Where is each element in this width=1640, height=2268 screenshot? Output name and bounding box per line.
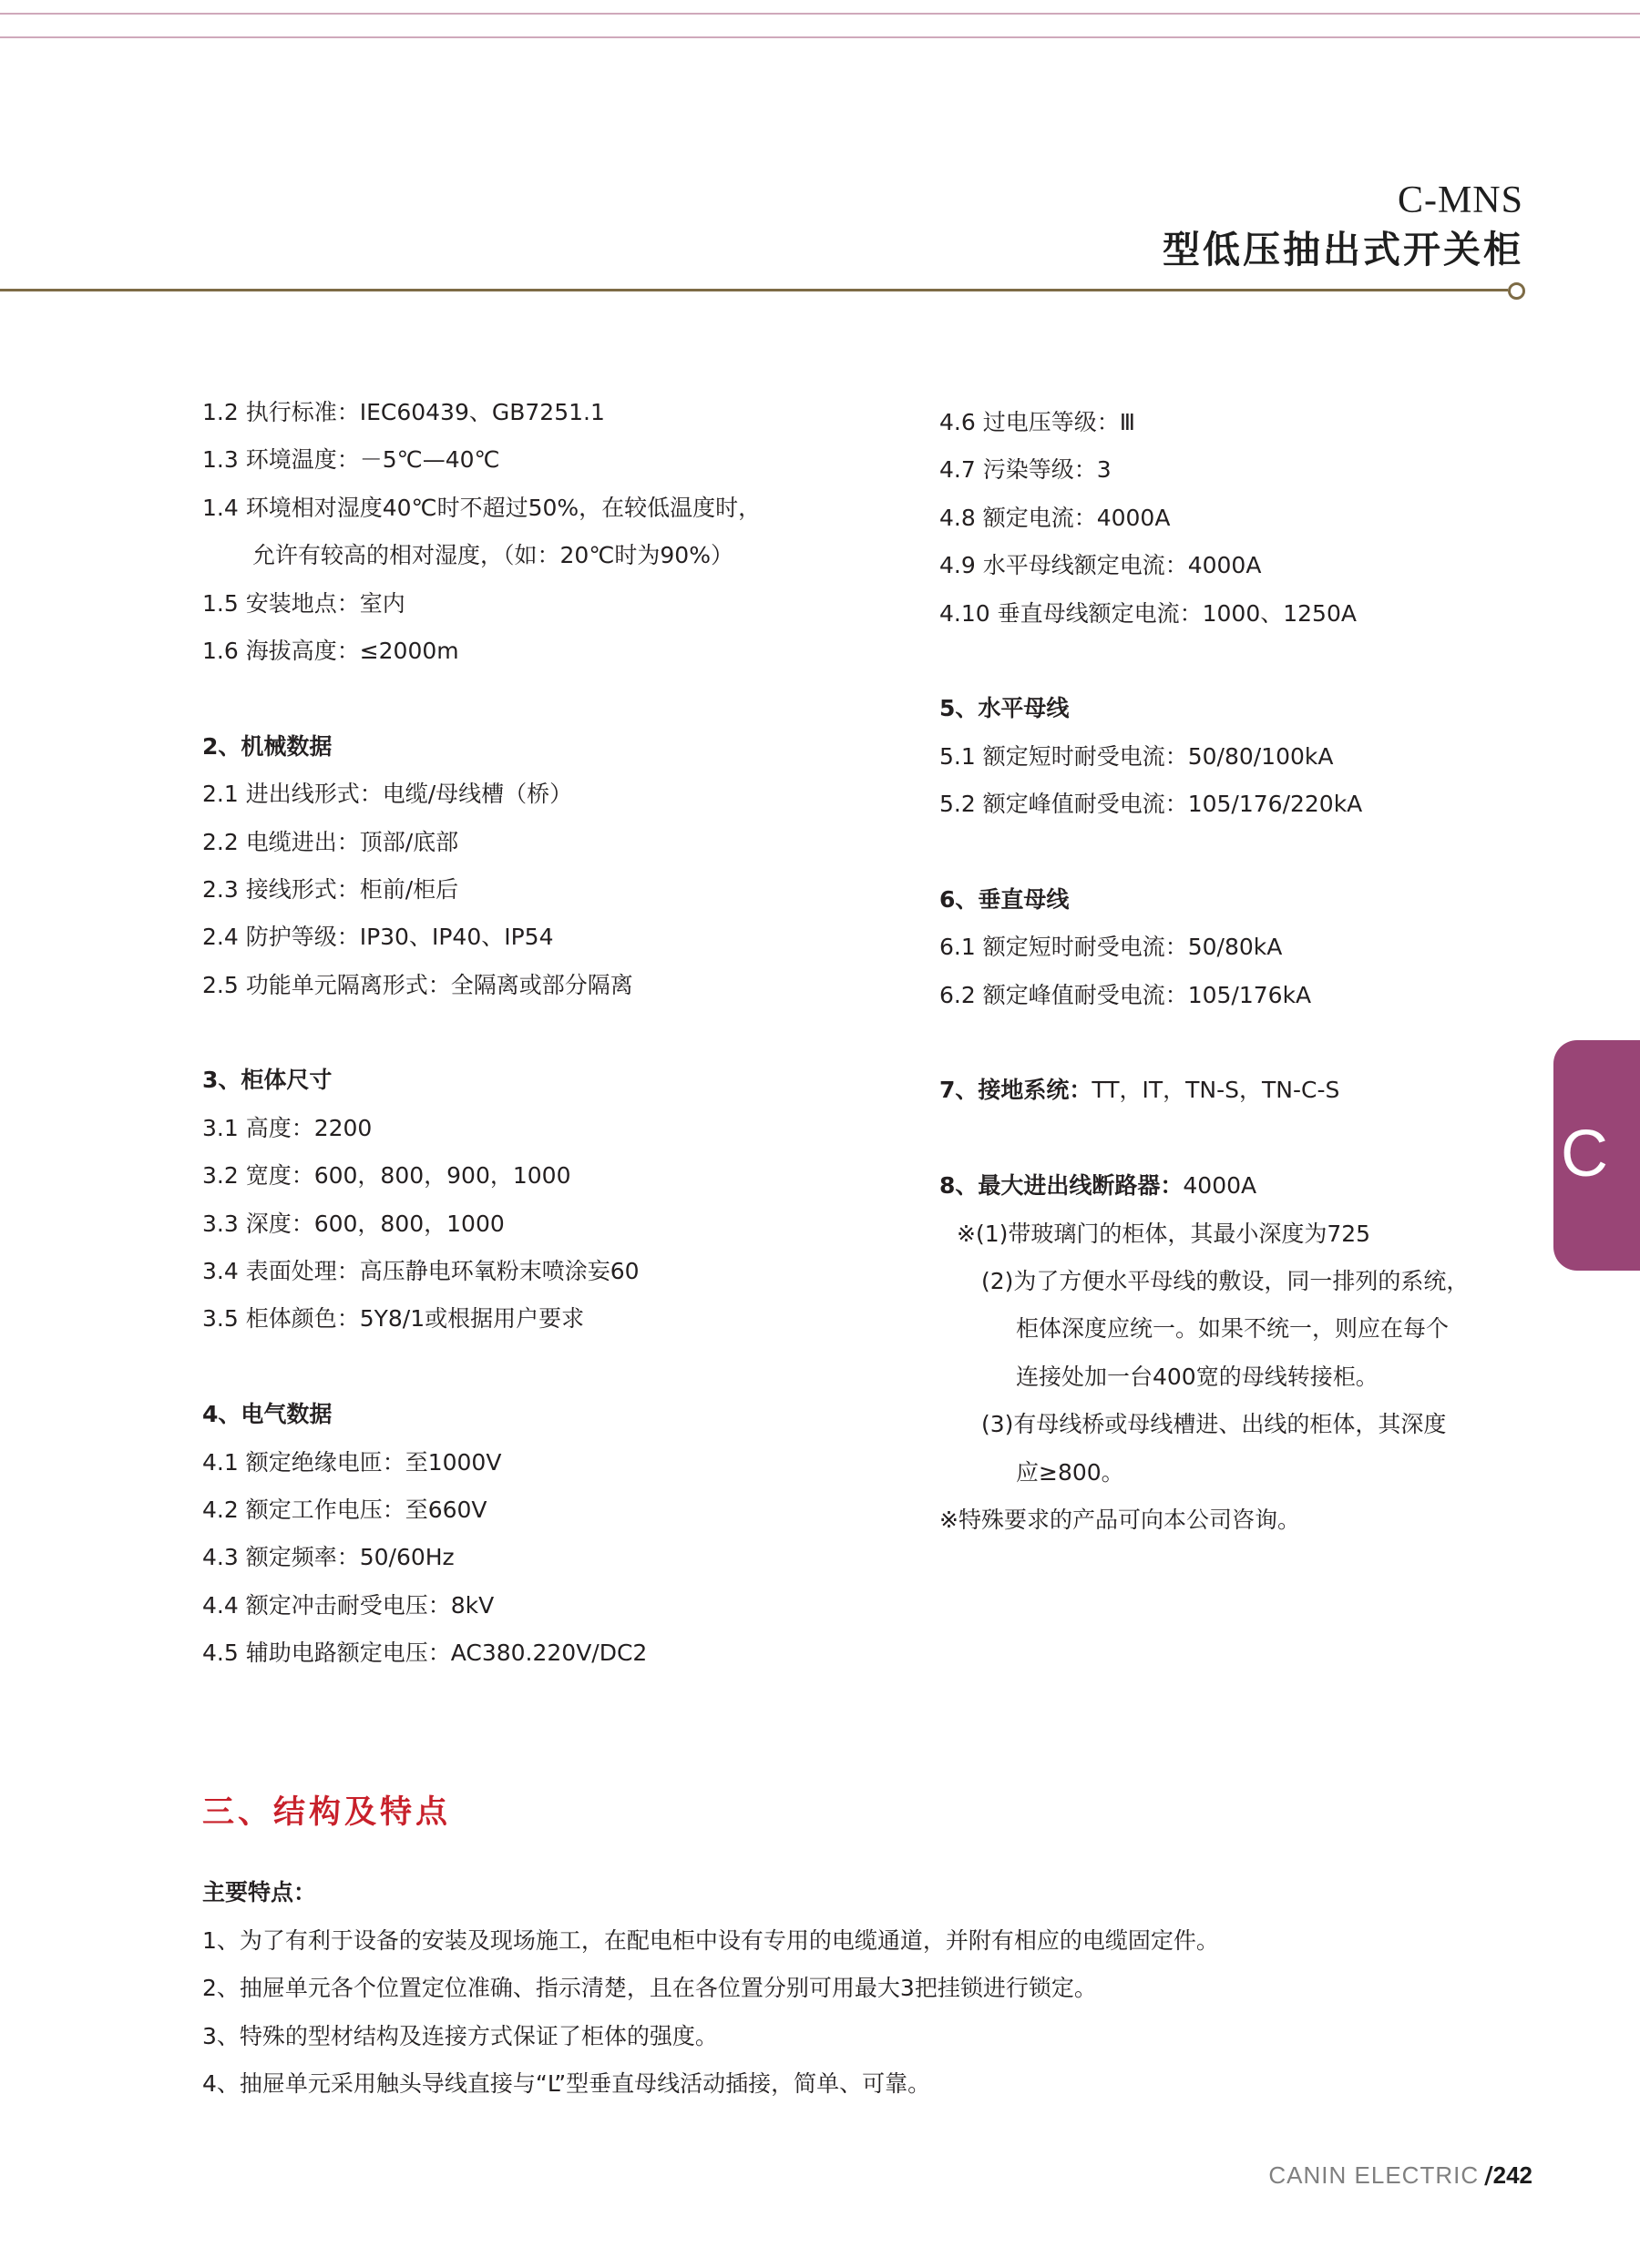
feature-item: 1、为了有利于设备的安装及现场施工，在配电柜中设有专用的电缆通道，并附有相应的电… (202, 1917, 1219, 1966)
divider-circle-icon (1508, 282, 1525, 300)
spacer (202, 1009, 761, 1057)
spec-line: 3.4 表面处理：高压静电环氧粉末喷涂妄60 (202, 1248, 761, 1295)
spec-line: 1.4 环境相对湿度40℃时不超过50%，在较低温度时， (202, 485, 761, 532)
spec-line-continued: 允许有较高的相对湿度，（如：20℃时为90%） (202, 532, 761, 579)
spacer (202, 1343, 761, 1391)
breaker-value: 4000A (1183, 1172, 1256, 1199)
spec-line: 1.2 执行标准：IEC60439、GB7251.1 (202, 389, 761, 436)
spec-line: 2.4 防护等级：IP30、IP40、IP54 (202, 914, 761, 961)
spec-line: 4.9 水平母线额定电流：4000A (939, 542, 1469, 589)
spec-line: 2.2 电缆进出：顶部/底部 (202, 819, 761, 866)
feature-item: 4、抽屉单元采用触头导线直接与“L”型垂直母线活动插接，简单、可靠。 (202, 2060, 1219, 2109)
max-breaker: 8、最大进出线断路器：4000A (939, 1162, 1469, 1210)
spec-line: 2.3 接线形式：柜前/柜后 (202, 866, 761, 914)
spec-line: 1.5 安装地点：室内 (202, 580, 761, 628)
page-number: 242 (1493, 2161, 1532, 2189)
spec-line: 5.2 额定峰值耐受电流：105/176/220kA (939, 781, 1469, 828)
spacer (939, 829, 1469, 876)
section-heading-mechanical: 2、机械数据 (202, 723, 761, 771)
spec-line: 3.3 深度：600，800，1000 (202, 1200, 761, 1248)
feature-item: 2、抽屉单元各个位置定位准确、指示清楚，且在各位置分别可用最大3把挂锁进行锁定。 (202, 1965, 1219, 2013)
grounding-label: 7、接地系统： (939, 1077, 1092, 1103)
spec-line: 4.1 额定绝缘电匝：至1000V (202, 1439, 761, 1486)
page-footer: CANIN ELECTRIC/242 (1268, 2159, 1532, 2192)
spec-line: 3.1 高度：2200 (202, 1105, 761, 1152)
spec-line: 3.2 宽度：600，800，900，1000 (202, 1152, 761, 1200)
grounding-system: 7、接地系统：TT，IT，TN-S，TN-C-S (939, 1067, 1469, 1114)
section-heading-electrical: 4、电气数据 (202, 1391, 761, 1438)
spec-line: 2.5 功能单元隔离形式：全隔离或部分隔离 (202, 962, 761, 1009)
special-request-note: ※特殊要求的产品可向本公司咨询。 (939, 1497, 1469, 1544)
features-list: 主要特点： 1、为了有利于设备的安装及现场施工，在配电柜中设有专用的电缆通道，并… (202, 1869, 1219, 2109)
note-1: ※(1)带玻璃门的柜体，其最小深度为725 (939, 1211, 1469, 1258)
features-label: 主要特点： (202, 1869, 1219, 1917)
spec-line: 4.4 额定冲击耐受电压：8kV (202, 1582, 761, 1629)
note-2-continued: 连接处加一台400宽的母线转接柜。 (939, 1354, 1469, 1401)
spacer (202, 675, 761, 722)
footer-brand: CANIN ELECTRIC (1268, 2161, 1479, 2189)
spec-line: 3.5 柜体颜色：5Y8/1或根据用户要求 (202, 1295, 761, 1343)
spec-line: 4.3 额定频率：50/60Hz (202, 1534, 761, 1581)
section-heading-dimensions: 3、柜体尺寸 (202, 1057, 761, 1104)
footer-separator: / (1484, 2162, 1493, 2190)
spec-right-column: 4.6 过电压等级：Ⅲ 4.7 污染等级：3 4.8 额定电流：4000A 4.… (939, 399, 1469, 1544)
product-model: C-MNS (1398, 179, 1523, 222)
spec-line: 6.2 额定峰值耐受电流：105/176kA (939, 972, 1469, 1019)
spec-line: 1.6 海拔高度：≤2000m (202, 628, 761, 675)
spec-line: 4.6 过电压等级：Ⅲ (939, 399, 1469, 446)
note-3: (3)有母线桥或母线槽进、出线的柜体，其深度 (939, 1401, 1469, 1448)
section-title-structure: 三、结构及特点 (202, 1791, 451, 1834)
top-rule-2 (0, 36, 1640, 38)
spec-line: 4.7 污染等级：3 (939, 446, 1469, 494)
section-heading-vertical-busbar: 6、垂直母线 (939, 876, 1469, 924)
spec-line: 6.1 额定短时耐受电流：50/80kA (939, 924, 1469, 971)
spacer (939, 638, 1469, 685)
spec-line: 2.1 进出线形式：电缆/母线槽（桥） (202, 771, 761, 818)
spacer (939, 1019, 1469, 1067)
breaker-label: 8、最大进出线断路器： (939, 1172, 1183, 1199)
spec-line: 4.5 辅助电路额定电压：AC380.220V/DC2 (202, 1629, 761, 1677)
spec-line: 1.3 环境温度：－5℃—40℃ (202, 436, 761, 484)
spec-left-column: 1.2 执行标准：IEC60439、GB7251.1 1.3 环境温度：－5℃—… (202, 389, 761, 1678)
spacer (939, 1115, 1469, 1162)
spec-line: 5.1 额定短时耐受电流：50/80/100kA (939, 733, 1469, 781)
note-2-continued: 柜体深度应统一。如果不统一，则应在每个 (939, 1305, 1469, 1353)
chapter-tab-letter: C (1561, 1113, 1608, 1195)
section-heading-horizontal-busbar: 5、水平母线 (939, 685, 1469, 732)
feature-item: 3、特殊的型材结构及连接方式保证了柜体的强度。 (202, 2013, 1219, 2061)
spec-line: 4.2 额定工作电压：至660V (202, 1486, 761, 1534)
note-2: (2)为了方便水平母线的敷设，同一排列的系统， (939, 1258, 1469, 1305)
spec-line: 4.10 垂直母线额定电流：1000、1250A (939, 590, 1469, 638)
top-rule-1 (0, 13, 1640, 15)
grounding-value: TT，IT，TN-S，TN-C-S (1092, 1077, 1339, 1103)
product-title: 型低压抽出式开关柜 (1163, 226, 1523, 273)
chapter-tab: C (1553, 1040, 1640, 1271)
spec-line: 4.8 额定电流：4000A (939, 495, 1469, 542)
note-3-continued: 应≥800。 (939, 1449, 1469, 1497)
header-divider (0, 289, 1508, 291)
